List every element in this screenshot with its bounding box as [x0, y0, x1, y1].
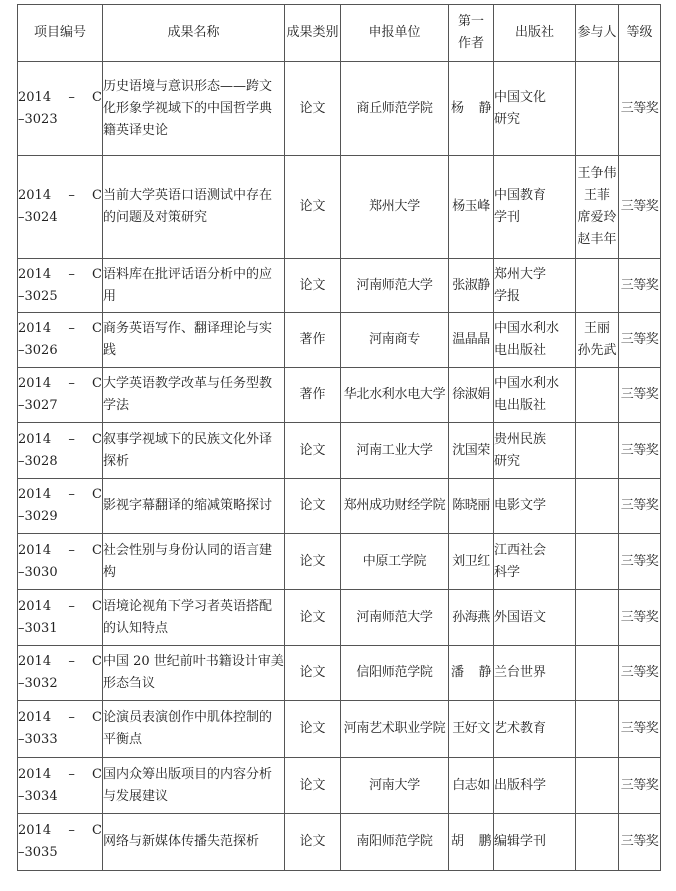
- publisher-cell: 贵州民族研究: [494, 423, 576, 479]
- publisher-cell: 中国水利水电出版社: [494, 313, 576, 368]
- project-id-cell: 2014–C –3027: [18, 368, 103, 423]
- publisher-cell: 外国语文: [494, 590, 576, 646]
- category-cell: 论文: [285, 814, 341, 871]
- grade-cell: 三等奖: [619, 62, 661, 156]
- participants-cell: 王丽孙先武: [576, 313, 619, 368]
- category-cell: 著作: [285, 368, 341, 423]
- first-author-cell: 刘卫红: [449, 534, 494, 590]
- title-cell: 网络与新媒体传播失范探析: [103, 814, 285, 871]
- title-cell: 影视字幕翻译的缩减策略探讨: [103, 479, 285, 534]
- grade-cell: 三等奖: [619, 259, 661, 313]
- project-id-cell: 2014–C –3024: [18, 156, 103, 259]
- first-author-cell: 陈晓丽: [449, 479, 494, 534]
- participants-cell: [576, 758, 619, 814]
- participants-cell: [576, 590, 619, 646]
- grade-cell: 三等奖: [619, 758, 661, 814]
- first-author-cell: 潘 静: [449, 646, 494, 701]
- publisher-cell: 郑州大学学报: [494, 259, 576, 313]
- project-id-cell: 2014–C –3023: [18, 62, 103, 156]
- first-author-cell: 徐淑娟: [449, 368, 494, 423]
- first-author-cell: 杨 静: [449, 62, 494, 156]
- unit-cell: 郑州成功财经学院: [341, 479, 449, 534]
- table-row: 2014–C –3028 叙事学视域下的民族文化外译探析 论文 河南工业大学 沈…: [18, 423, 661, 479]
- title-cell: 商务英语写作、翻译理论与实践: [103, 313, 285, 368]
- participants-cell: [576, 701, 619, 758]
- project-id-cell: 2014–C –3035: [18, 814, 103, 871]
- unit-cell: 华北水利水电大学: [341, 368, 449, 423]
- title-cell: 叙事学视域下的民族文化外译探析: [103, 423, 285, 479]
- unit-cell: 南阳师范学院: [341, 814, 449, 871]
- table-row: 2014–C –3030 社会性别与身份认同的语言建构 论文 中原工学院 刘卫红…: [18, 534, 661, 590]
- header-first-author: 第一 作者: [449, 5, 494, 62]
- category-cell: 著作: [285, 313, 341, 368]
- publisher-cell: 中国教育学刊: [494, 156, 576, 259]
- header-publisher: 出版社: [494, 5, 576, 62]
- header-id: 项目编号: [18, 5, 103, 62]
- participants-cell: [576, 814, 619, 871]
- header-category: 成果类别: [285, 5, 341, 62]
- publisher-cell: 中国文化研究: [494, 62, 576, 156]
- grade-cell: 三等奖: [619, 156, 661, 259]
- category-cell: 论文: [285, 534, 341, 590]
- participants-cell: [576, 534, 619, 590]
- participants-cell: [576, 423, 619, 479]
- unit-cell: 河南艺术职业学院: [341, 701, 449, 758]
- publisher-cell: 编辑学刊: [494, 814, 576, 871]
- participants-cell: [576, 62, 619, 156]
- first-author-cell: 王好文: [449, 701, 494, 758]
- first-author-cell: 胡 鹏: [449, 814, 494, 871]
- title-cell: 历史语境与意识形态——跨文化形象学视域下的中国哲学典籍英译史论: [103, 62, 285, 156]
- grade-cell: 三等奖: [619, 646, 661, 701]
- grade-cell: 三等奖: [619, 590, 661, 646]
- table-row: 2014–C –3024 当前大学英语口语测试中存在的问题及对策研究 论文 郑州…: [18, 156, 661, 259]
- project-id-cell: 2014–C –3029: [18, 479, 103, 534]
- category-cell: 论文: [285, 758, 341, 814]
- table-row: 2014–C –3032 中国 20 世纪前叶书籍设计审美形态刍议 论文 信阳师…: [18, 646, 661, 701]
- unit-cell: 河南商专: [341, 313, 449, 368]
- title-cell: 论演员表演创作中肌体控制的平衡点: [103, 701, 285, 758]
- table-row: 2014–C –3025 语料库在批评话语分析中的应用 论文 河南师范大学 张淑…: [18, 259, 661, 313]
- project-id-cell: 2014–C –3026: [18, 313, 103, 368]
- category-cell: 论文: [285, 479, 341, 534]
- project-id-cell: 2014–C –3028: [18, 423, 103, 479]
- first-author-cell: 沈国荣: [449, 423, 494, 479]
- grade-cell: 三等奖: [619, 313, 661, 368]
- table-row: 2014–C –3029 影视字幕翻译的缩减策略探讨 论文 郑州成功财经学院 陈…: [18, 479, 661, 534]
- first-author-cell: 杨玉峰: [449, 156, 494, 259]
- publisher-cell: 艺术教育: [494, 701, 576, 758]
- project-id-cell: 2014–C –3031: [18, 590, 103, 646]
- unit-cell: 商丘师范学院: [341, 62, 449, 156]
- category-cell: 论文: [285, 156, 341, 259]
- title-cell: 国内众筹出版项目的内容分析与发展建议: [103, 758, 285, 814]
- title-cell: 大学英语教学改革与任务型教学法: [103, 368, 285, 423]
- unit-cell: 信阳师范学院: [341, 646, 449, 701]
- unit-cell: 河南师范大学: [341, 590, 449, 646]
- first-author-cell: 白志如: [449, 758, 494, 814]
- table-row: 2014–C –3026 商务英语写作、翻译理论与实践 著作 河南商专 温晶晶 …: [18, 313, 661, 368]
- header-first-author-line1: 第一: [449, 11, 493, 33]
- participants-cell: [576, 646, 619, 701]
- header-title: 成果名称: [103, 5, 285, 62]
- header-participants: 参与人: [576, 5, 619, 62]
- title-cell: 语境论视角下学习者英语搭配的认知特点: [103, 590, 285, 646]
- grade-cell: 三等奖: [619, 814, 661, 871]
- category-cell: 论文: [285, 646, 341, 701]
- project-id-cell: 2014–C –3033: [18, 701, 103, 758]
- unit-cell: 河南师范大学: [341, 259, 449, 313]
- participants-cell: [576, 368, 619, 423]
- first-author-cell: 张淑静: [449, 259, 494, 313]
- publisher-cell: 兰台世界: [494, 646, 576, 701]
- first-author-cell: 孙海燕: [449, 590, 494, 646]
- grade-cell: 三等奖: [619, 534, 661, 590]
- header-grade: 等级: [619, 5, 661, 62]
- table-row: 2014–C –3034 国内众筹出版项目的内容分析与发展建议 论文 河南大学 …: [18, 758, 661, 814]
- grade-cell: 三等奖: [619, 368, 661, 423]
- awards-table: 项目编号 成果名称 成果类别 申报单位 第一 作者 出版社 参与人 等级 201…: [17, 4, 661, 871]
- grade-cell: 三等奖: [619, 423, 661, 479]
- category-cell: 论文: [285, 590, 341, 646]
- grade-cell: 三等奖: [619, 479, 661, 534]
- title-cell: 语料库在批评话语分析中的应用: [103, 259, 285, 313]
- publisher-cell: 中国水利水电出版社: [494, 368, 576, 423]
- unit-cell: 河南大学: [341, 758, 449, 814]
- unit-cell: 郑州大学: [341, 156, 449, 259]
- project-id-cell: 2014–C –3032: [18, 646, 103, 701]
- table-row: 2014–C –3033 论演员表演创作中肌体控制的平衡点 论文 河南艺术职业学…: [18, 701, 661, 758]
- project-id-cell: 2014–C –3025: [18, 259, 103, 313]
- category-cell: 论文: [285, 701, 341, 758]
- category-cell: 论文: [285, 423, 341, 479]
- publisher-cell: 江西社会科学: [494, 534, 576, 590]
- participants-cell: [576, 259, 619, 313]
- project-id-cell: 2014–C –3034: [18, 758, 103, 814]
- grade-cell: 三等奖: [619, 701, 661, 758]
- table-row: 2014–C –3031 语境论视角下学习者英语搭配的认知特点 论文 河南师范大…: [18, 590, 661, 646]
- unit-cell: 中原工学院: [341, 534, 449, 590]
- title-cell: 社会性别与身份认同的语言建构: [103, 534, 285, 590]
- category-cell: 论文: [285, 62, 341, 156]
- title-cell: 当前大学英语口语测试中存在的问题及对策研究: [103, 156, 285, 259]
- title-cell: 中国 20 世纪前叶书籍设计审美形态刍议: [103, 646, 285, 701]
- header-first-author-line2: 作者: [449, 33, 493, 55]
- project-id-cell: 2014–C –3030: [18, 534, 103, 590]
- table-row: 2014–C –3023 历史语境与意识形态——跨文化形象学视域下的中国哲学典籍…: [18, 62, 661, 156]
- table-row: 2014–C –3027 大学英语教学改革与任务型教学法 著作 华北水利水电大学…: [18, 368, 661, 423]
- unit-cell: 河南工业大学: [341, 423, 449, 479]
- table-row: 2014–C –3035 网络与新媒体传播失范探析 论文 南阳师范学院 胡 鹏 …: [18, 814, 661, 871]
- participants-cell: 王争伟王菲席爱玲赵丰年: [576, 156, 619, 259]
- publisher-cell: 电影文学: [494, 479, 576, 534]
- first-author-cell: 温晶晶: [449, 313, 494, 368]
- participants-cell: [576, 479, 619, 534]
- header-unit: 申报单位: [341, 5, 449, 62]
- publisher-cell: 出版科学: [494, 758, 576, 814]
- header-row: 项目编号 成果名称 成果类别 申报单位 第一 作者 出版社 参与人 等级: [18, 5, 661, 62]
- category-cell: 论文: [285, 259, 341, 313]
